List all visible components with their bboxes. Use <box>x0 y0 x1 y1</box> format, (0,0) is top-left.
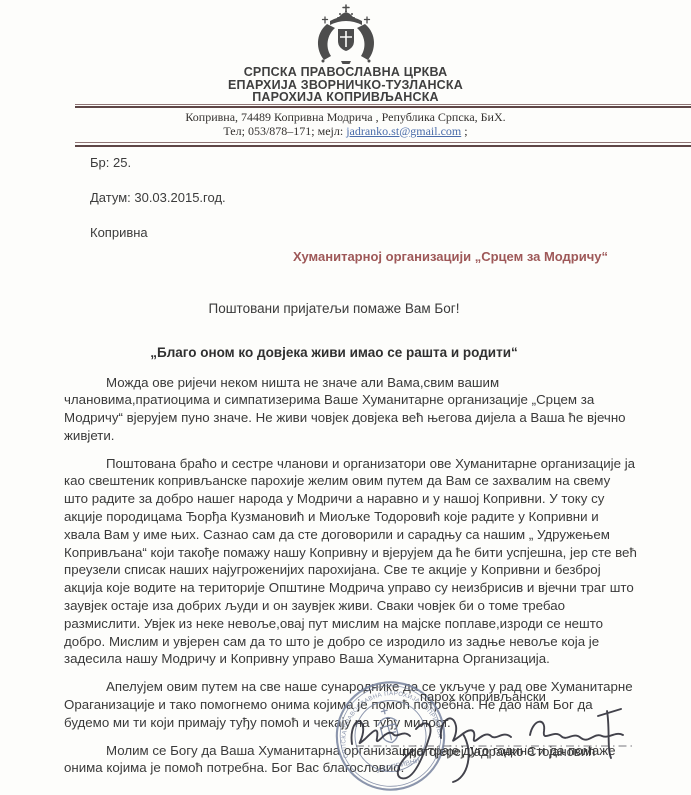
contact-line: Тел; 053/878–171; мејл: jadranko.st@gmai… <box>0 125 691 139</box>
email-label: мејл: <box>318 124 344 138</box>
motto-quote: „Благо оном ко довјека живи имао се рашт… <box>44 345 624 360</box>
signer-name: протојереј Јадранко Стојановић <box>402 744 595 759</box>
letter-place: Копривна <box>90 225 691 240</box>
email-suffix: ; <box>464 124 467 138</box>
header-rule-top <box>75 104 691 109</box>
org-line-3: ПАРОХИЈА КОПРИВЉАНСКА <box>0 91 691 104</box>
recipient-line: Хуманитарној организацији „Срцем за Модр… <box>293 249 691 264</box>
email-link[interactable]: jadranko.st@gmail.com <box>346 124 461 138</box>
org-line-1: СРПСКА ПРАВОСЛАВНА ЦРКВА <box>0 66 691 79</box>
letter-page: СРПСКА ПРАВОСЛАВНА ЦРКВА ЕПАРХИЈА ЗВОРНИ… <box>0 0 691 795</box>
organization-title: СРПСКА ПРАВОСЛАВНА ЦРКВА ЕПАРХИЈА ЗВОРНИ… <box>0 66 691 104</box>
letterhead: СРПСКА ПРАВОСЛАВНА ЦРКВА ЕПАРХИЈА ЗВОРНИ… <box>0 0 691 104</box>
church-coat-of-arms-icon <box>307 4 385 64</box>
signer-role: парох копривљански <box>420 689 546 704</box>
letter-date: Датум: 30.03.2015.год. <box>90 190 691 205</box>
phone-number: Тел; 053/878–171; <box>223 124 314 138</box>
header-rule-bottom <box>75 142 691 147</box>
reference-number: Бр: 25. <box>90 155 691 170</box>
paragraph-1: Можда ове ријечи неком ништа не значе ал… <box>64 374 637 445</box>
letterhead-address: Копривна, 74489 Копривна Модрича , Репуб… <box>0 111 691 138</box>
salutation: Поштовани пријатељи помаже Вам Бог! <box>44 301 624 316</box>
stamp-bottom-text: У КОПРИВНИ <box>376 757 421 775</box>
address-line: Копривна, 74489 Копривна Модрича , Репуб… <box>0 111 691 125</box>
paragraph-2: Поштована браћо и сестре чланови и орган… <box>64 455 637 669</box>
letter-meta: Бр: 25. Датум: 30.03.2015.год. Копривна <box>90 155 691 240</box>
